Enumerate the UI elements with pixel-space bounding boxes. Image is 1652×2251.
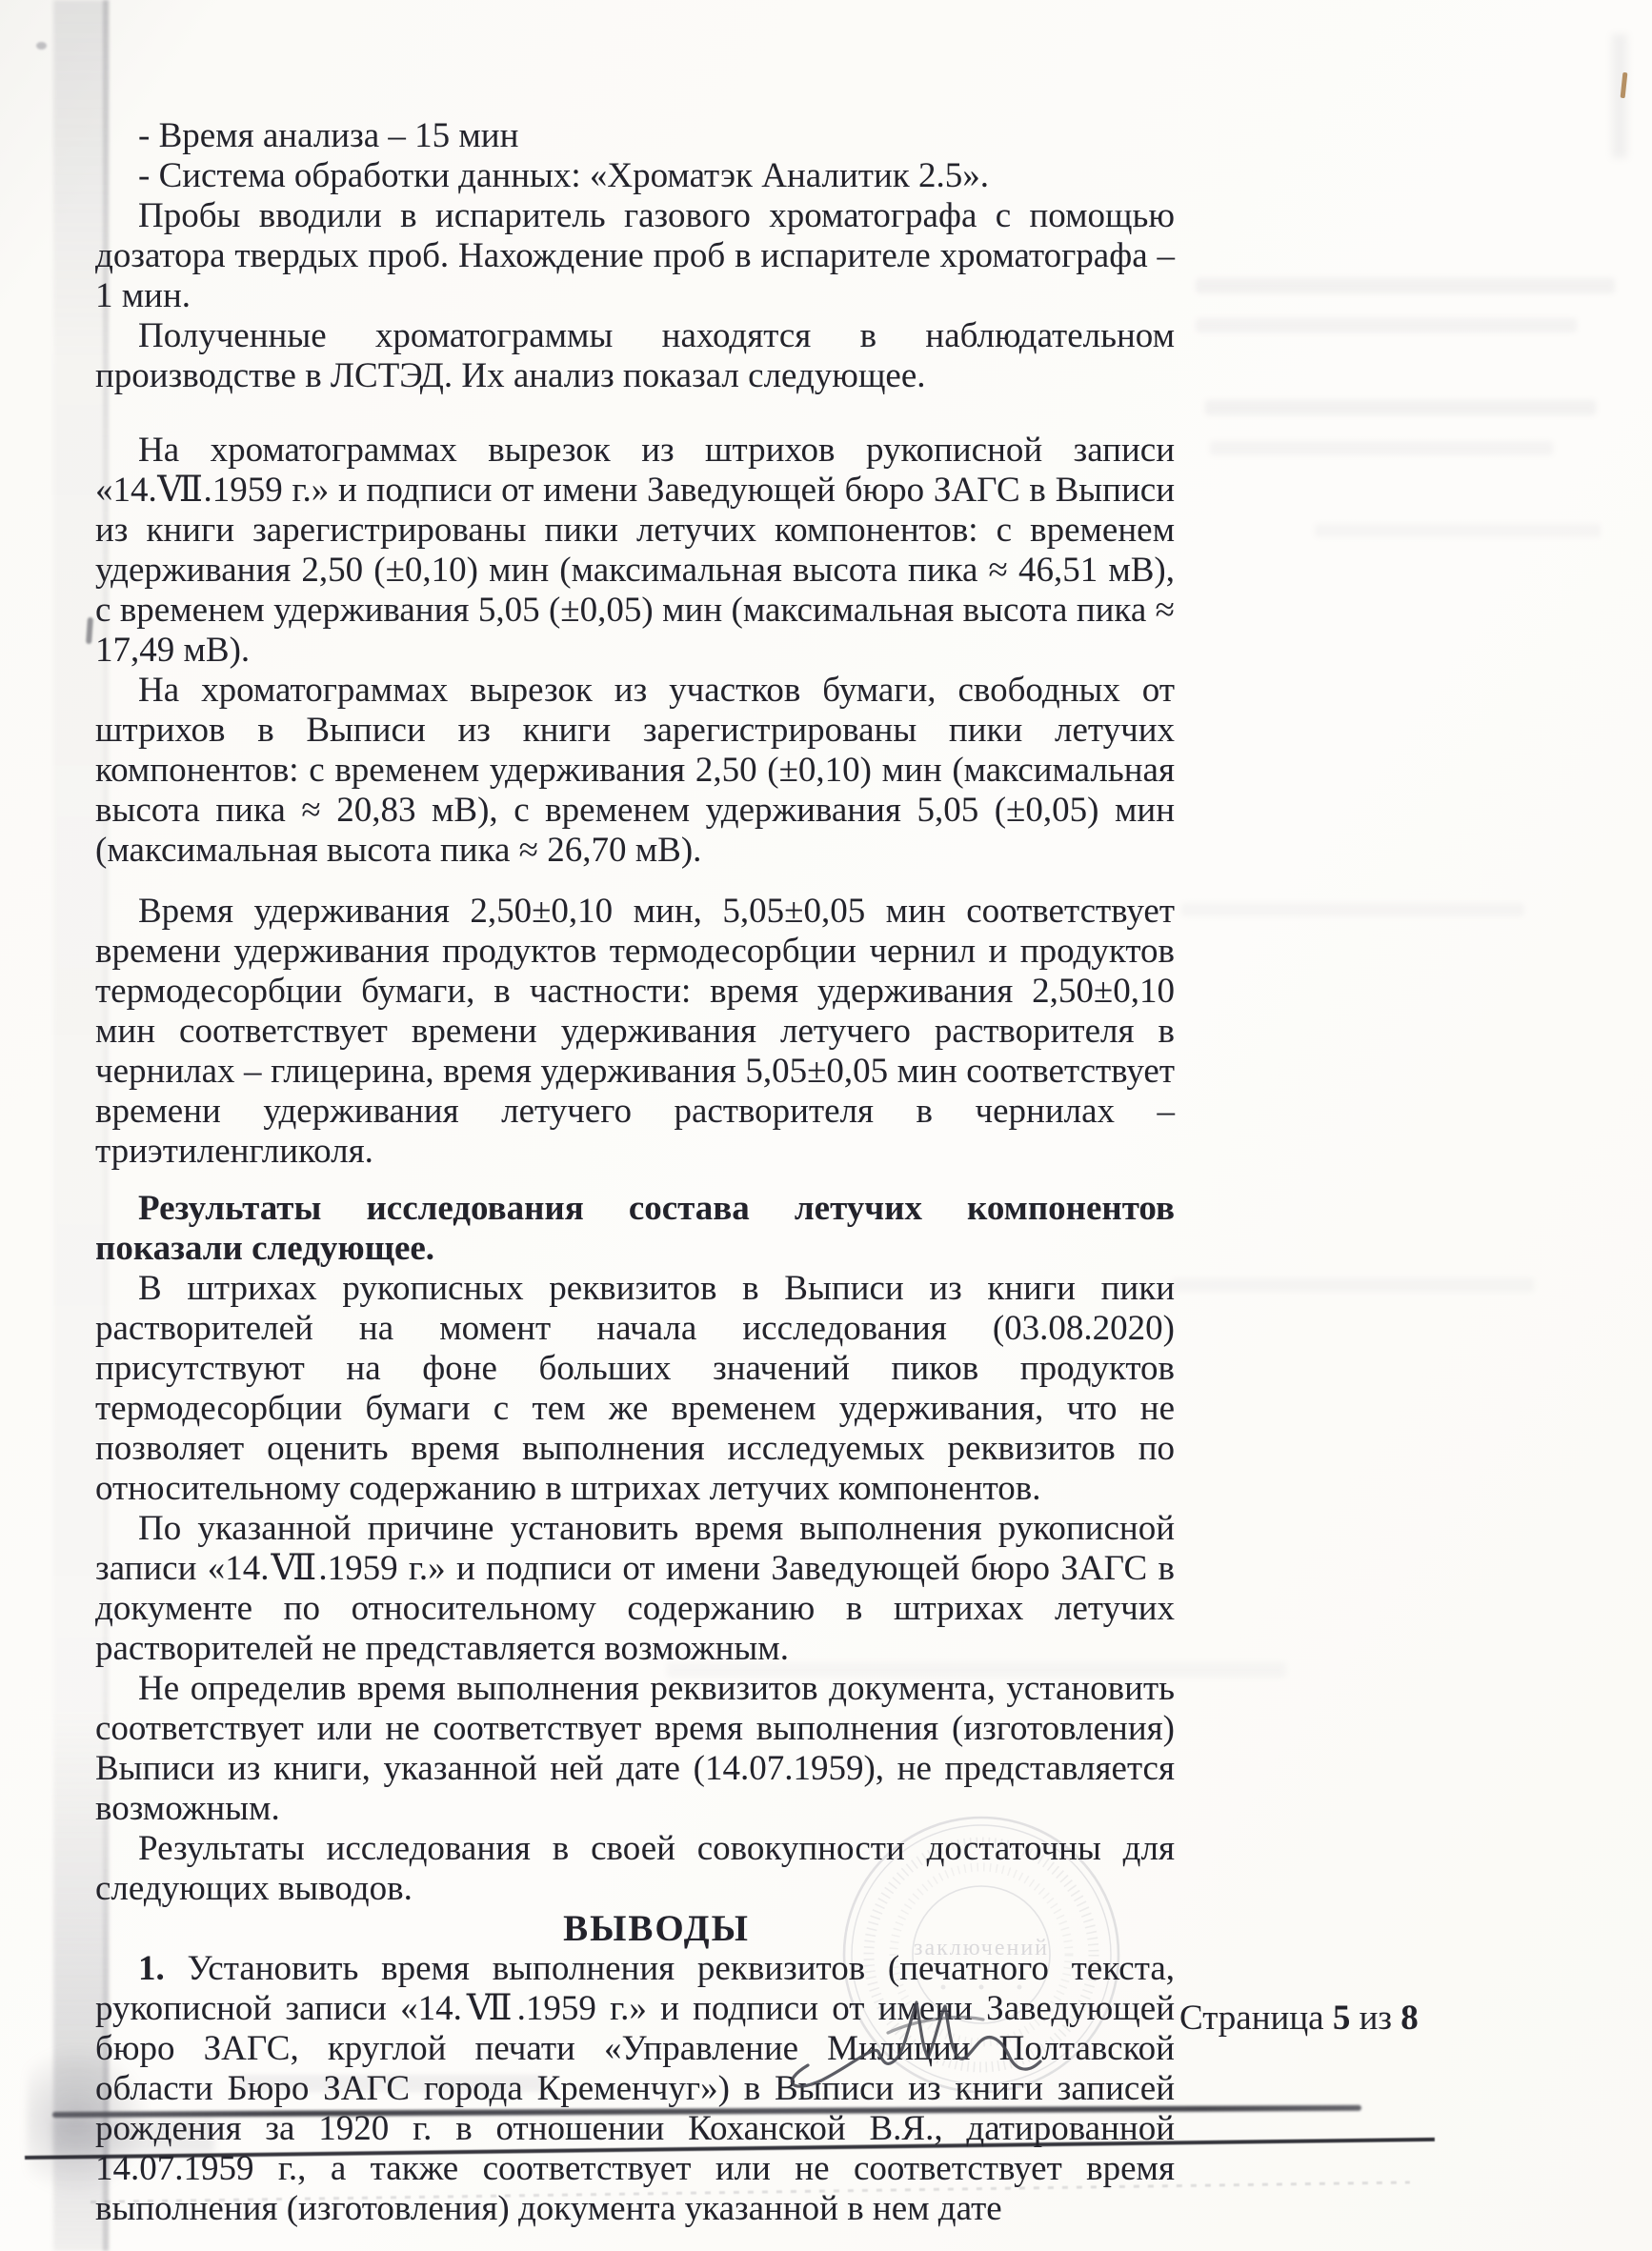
footer-page-number: 5 <box>1333 1999 1351 2038</box>
footer-total-pages: 8 <box>1400 1999 1419 2038</box>
scan-speck <box>36 42 47 50</box>
paragraph-undetermined: Не определив время выполнения реквизитов… <box>95 1669 1175 1829</box>
paragraph-received-chromatograms: Полученные хроматограммы находятся в наб… <box>95 316 1175 396</box>
paragraph-ink-peaks: В штрихах рукописных реквизитов в Выписи… <box>95 1269 1175 1509</box>
bleed-through-line <box>1196 318 1577 332</box>
document-body: - Время анализа – 15 мин - Система обраб… <box>95 116 1175 2229</box>
bleed-through-line <box>1205 400 1596 415</box>
paragraph-results-heading: Результаты исследования состава летучих … <box>95 1189 1175 1269</box>
bleed-through-line <box>1172 1278 1534 1292</box>
paragraph-sufficient: Результаты исследования в своей совокупн… <box>95 1829 1175 1909</box>
paragraph-reason: По указанной причине установить время вы… <box>95 1509 1175 1669</box>
conclusion-item-number: 1. <box>138 1949 165 1988</box>
scan-right-band <box>1612 34 1627 158</box>
paragraph-stroke-cutouts: На хроматограммах вырезок из штрихов рук… <box>95 431 1175 671</box>
footer-of-label: из <box>1360 1999 1392 2038</box>
scanned-document-page: заключений - Время анализа – 15 мин - Си… <box>0 0 1652 2251</box>
bleed-through-line <box>1196 278 1615 293</box>
bleed-through-line <box>1315 524 1601 537</box>
footer-page-label: Страница <box>1179 1999 1324 2038</box>
conclusions-heading: ВЫВОДЫ <box>95 1909 1175 1949</box>
paragraph-probes: Пробы вводили в испаритель газового хром… <box>95 196 1175 316</box>
intro-line-data-system: - Система обработки данных: «Хроматэк Ан… <box>95 156 1175 196</box>
bleed-through-line <box>1181 903 1524 916</box>
page-footer: Страница 5 из 8 <box>1179 1999 1419 2039</box>
paragraph-paper-cutouts: На хроматограммах вырезок из участков бу… <box>95 671 1175 871</box>
signature <box>770 1960 1056 2094</box>
intro-line-analysis-time: - Время анализа – 15 мин <box>95 116 1175 156</box>
paragraph-retention-times: Время удерживания 2,50±0,10 мин, 5,05±0,… <box>95 892 1175 1172</box>
bleed-through-line <box>1210 441 1553 455</box>
